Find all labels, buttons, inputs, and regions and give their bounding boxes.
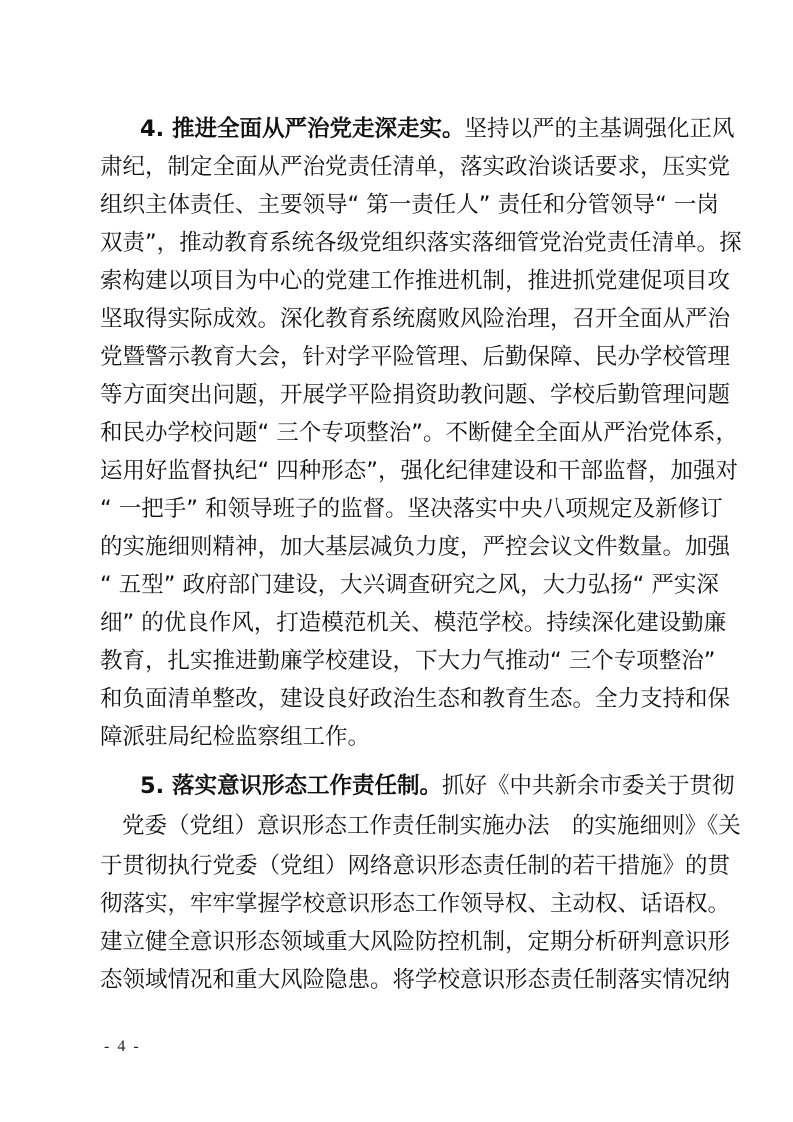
paragraph-line: 双责”，推动教育系统各级党组织落实落细管党治党责任清单。探 bbox=[100, 229, 694, 257]
paragraph-line: 建立健全意识形态领域重大风险防控机制，定期分析研判意识形 bbox=[100, 928, 694, 956]
paragraph-line: 于贯彻执行党委（党组）网络意识形态责任制的若干措施》的贯 bbox=[100, 852, 694, 880]
paragraph-line: 障派驻局纪检监察组工作。 bbox=[100, 723, 694, 751]
paragraph-line: 肃纪，制定全面从严治党责任清单，落实政治谈话要求，压实党 bbox=[100, 153, 694, 181]
paragraph-line: 索构建以项目为中心的党建工作推进机制，推进抓党建促项目攻 bbox=[100, 267, 694, 295]
line-text: 抓好《中共新余市委关于贯彻 bbox=[442, 773, 735, 799]
paragraph-line: 彻落实，牢牢掌握学校意识形态工作领导权、主动权、话语权。 bbox=[100, 890, 694, 918]
paragraph-heading: 5. 落实意识形态工作责任制。 bbox=[140, 773, 442, 799]
document-page: 4. 推进全面从严治党走深走实。坚持以严的主基调强化正风 肃纪，制定全面从严治党… bbox=[0, 0, 793, 1122]
paragraph-line: 和民办学校问题“ 三个专项整治”。不断健全全面从严治党体系， bbox=[100, 419, 694, 447]
paragraph-line: 的实施细则精神，加大基层减负力度，严控会议文件数量。加强 bbox=[100, 533, 694, 561]
paragraph-line: 党委（党组）意识形态工作责任制实施办法 的实施细则》《关 bbox=[122, 812, 694, 840]
paragraph-line: 组织主体责任、主要领导“ 第一责任人” 责任和分管领导“ 一岗 bbox=[100, 191, 694, 219]
paragraph-line: 和负面清单整改，建设良好政治生态和教育生态。全力支持和保 bbox=[100, 685, 694, 713]
paragraph-line: 党暨警示教育大会，针对学平险管理、后勤保障、民办学校管理 bbox=[100, 343, 694, 371]
paragraph-line: 坚取得实际成效。深化教育系统腐败风险治理，召开全面从严治 bbox=[100, 305, 694, 333]
paragraph-line: 细” 的优良作风，打造模范机关、模范学校。持续深化建设勤廉 bbox=[100, 609, 694, 637]
paragraph-line: 等方面突出问题，开展学平险捐资助教问题、学校后勤管理问题 bbox=[100, 381, 694, 409]
paragraph-line: 4. 推进全面从严治党走深走实。坚持以严的主基调强化正风 bbox=[140, 115, 694, 143]
paragraph-line: 5. 落实意识形态工作责任制。抓好《中共新余市委关于贯彻 bbox=[140, 772, 694, 800]
page-number: - 4 - bbox=[104, 1037, 139, 1057]
paragraph-line: 教育，扎实推进勤廉学校建设，下大力气推动“ 三个专项整治” bbox=[100, 647, 694, 675]
paragraph-line: “ 一把手” 和领导班子的监督。坚决落实中央八项规定及新修订 bbox=[100, 495, 694, 523]
paragraph-heading: 4. 推进全面从严治党走深走实。 bbox=[140, 116, 465, 142]
paragraph-line: 运用好监督执纪“ 四种形态”，强化纪律建设和干部监督，加强对 bbox=[100, 457, 694, 485]
paragraph-line: 态领域情况和重大风险隐患。将学校意识形态责任制落实情况纳 bbox=[100, 966, 694, 994]
line-text: 坚持以严的主基调强化正风 bbox=[465, 116, 735, 142]
paragraph-line: “ 五型” 政府部门建设，大兴调查研究之风，大力弘扬“ 严实深 bbox=[100, 571, 694, 599]
